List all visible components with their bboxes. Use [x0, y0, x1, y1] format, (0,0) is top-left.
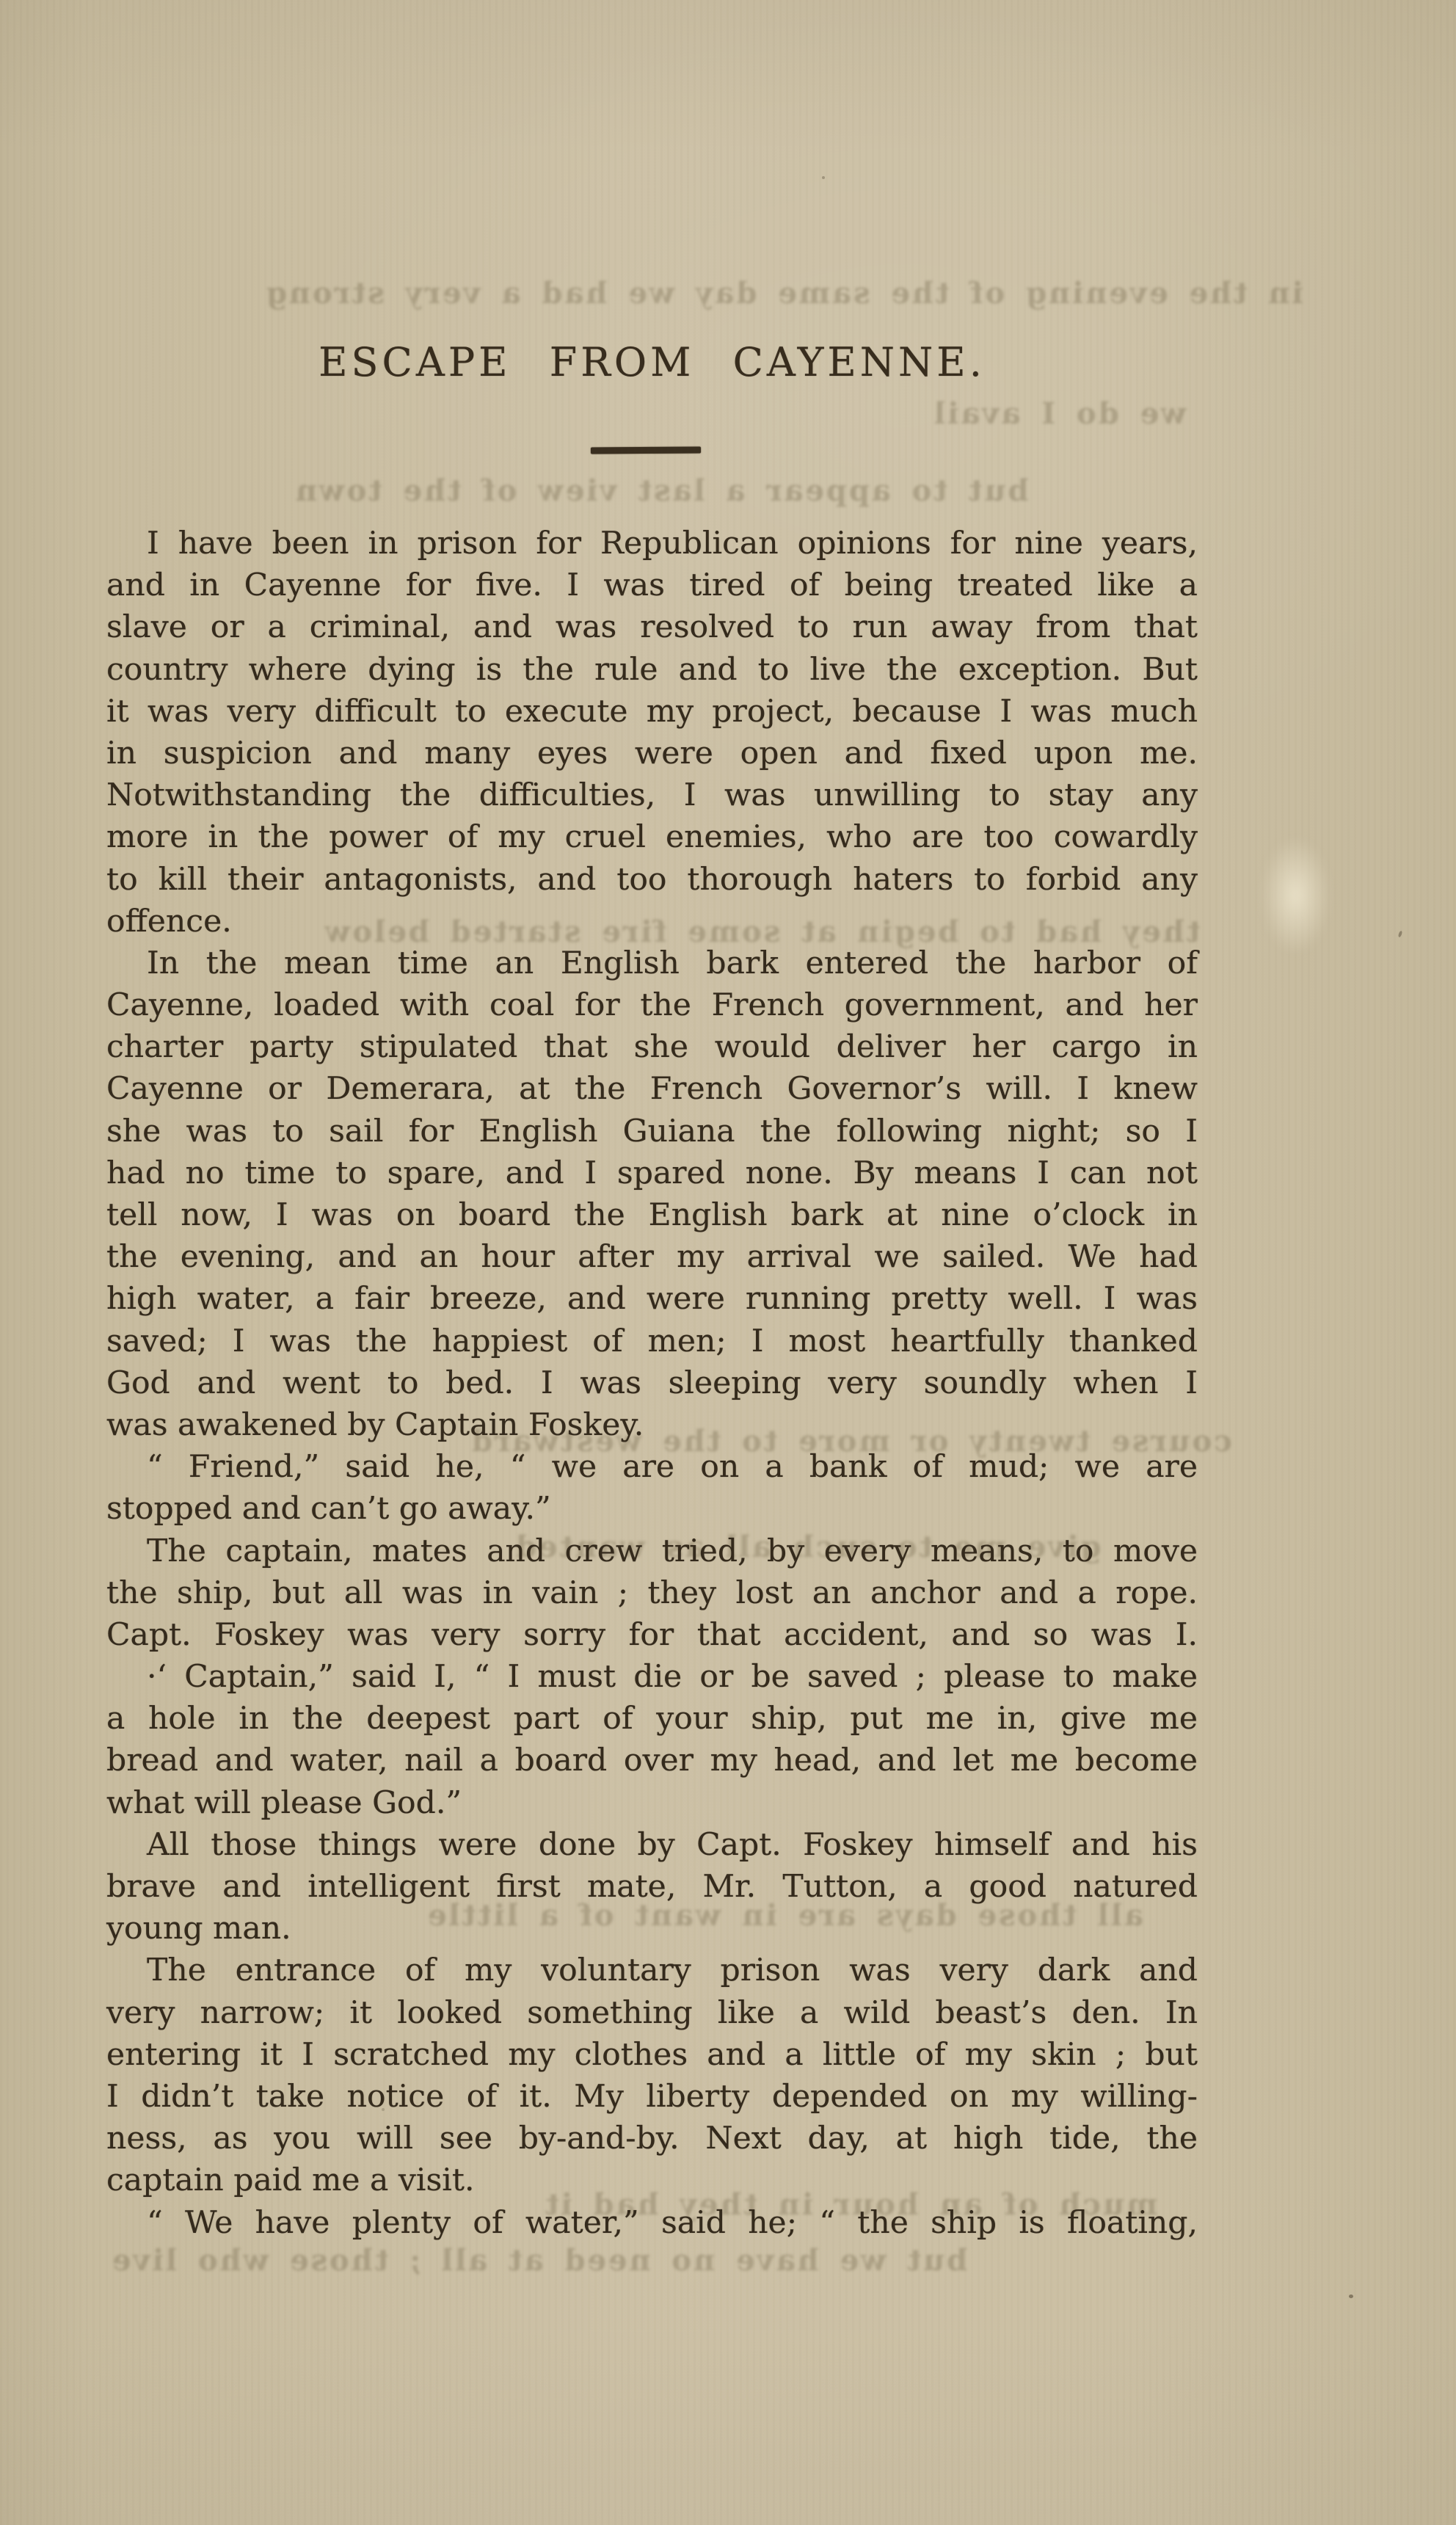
- paper-blotch: [1261, 837, 1331, 954]
- text-line-9: to kill their antagonists, and too thoro…: [106, 859, 1198, 901]
- paper-speck: [1349, 2295, 1353, 2298]
- text-line-40: captain paid me a visit.: [106, 2159, 1198, 2201]
- text-line-8: more in the power of my cruel enemies, w…: [106, 816, 1198, 858]
- text-line-31: what will please God.”: [106, 1782, 1198, 1824]
- text-line-28: ·‘ Captain,” said I, “ I must die or be …: [106, 1656, 1198, 1698]
- text-line-16: had no time to spare, and I spared none.…: [106, 1152, 1198, 1194]
- text-line-6: in suspicion and many eyes were open and…: [106, 733, 1198, 774]
- text-line-7: Notwithstanding the difficulties, I was …: [106, 774, 1198, 816]
- text-line-20: saved; I was the happiest of men; I most…: [106, 1320, 1198, 1362]
- page-title: ESCAPE FROM CAYENNE.: [106, 339, 1198, 385]
- body-text: I have been in prison for Republican opi…: [106, 523, 1198, 2244]
- text-line-23: “ Friend,” said he, “ we are on a bank o…: [106, 1446, 1198, 1488]
- paper-speck: [1398, 931, 1403, 938]
- text-line-38: I didn’t take notice of it. My liberty d…: [106, 2076, 1198, 2118]
- text-line-1: I have been in prison for Republican opi…: [106, 523, 1198, 564]
- text-line-34: young man.: [106, 1908, 1198, 1950]
- text-line-11: In the mean time an English bark entered…: [106, 942, 1198, 984]
- text-line-30: bread and water, nail a board over my he…: [106, 1740, 1198, 1781]
- text-line-15: she was to sail for English Guiana the f…: [106, 1111, 1198, 1152]
- text-line-41: “ We have plenty of water,” said he; “ t…: [106, 2202, 1198, 2244]
- text-column: ESCAPE FROM CAYENNE. I have been in pris…: [106, 0, 1198, 2525]
- text-line-27: Capt. Foskey was very sorry for that acc…: [106, 1614, 1198, 1656]
- text-line-32: All those things were done by Capt. Fosk…: [106, 1824, 1198, 1866]
- text-line-25: The captain, mates and crew tried, by ev…: [106, 1530, 1198, 1572]
- text-line-5: it was very difficult to execute my proj…: [106, 691, 1198, 733]
- text-line-13: charter party stipulated that she would …: [106, 1026, 1198, 1068]
- text-line-3: slave or a criminal, and was resolved to…: [106, 606, 1198, 648]
- text-line-37: entering it I scratched my clothes and a…: [106, 2034, 1198, 2076]
- text-line-2: and in Cayenne for five. I was tired of …: [106, 564, 1198, 606]
- text-line-26: the ship, but all was in vain ; they los…: [106, 1572, 1198, 1614]
- text-line-39: ness, as you will see by-and-by. Next da…: [106, 2118, 1198, 2159]
- text-line-4: country where dying is the rule and to l…: [106, 649, 1198, 691]
- text-line-17: tell now, I was on board the English bar…: [106, 1194, 1198, 1236]
- scanned-book-page: in the evening of the same day we had a …: [0, 0, 1456, 2525]
- text-line-24: stopped and can’t go away.”: [106, 1488, 1198, 1530]
- text-line-33: brave and intelligent first mate, Mr. Tu…: [106, 1866, 1198, 1908]
- text-line-21: God and went to bed. I was sleeping very…: [106, 1362, 1198, 1404]
- text-line-36: very narrow; it looked something like a …: [106, 1992, 1198, 2034]
- text-line-29: a hole in the deepest part of your ship,…: [106, 1698, 1198, 1740]
- text-line-35: The entrance of my voluntary prison was …: [106, 1950, 1198, 1991]
- text-line-10: offence.: [106, 901, 1198, 942]
- title-divider-rule: [590, 446, 700, 454]
- text-line-22: was awakened by Captain Foskey.: [106, 1404, 1198, 1446]
- text-line-19: high water, a fair breeze, and were runn…: [106, 1278, 1198, 1320]
- text-line-12: Cayenne, loaded with coal for the French…: [106, 984, 1198, 1026]
- text-line-14: Cayenne or Demerara, at the French Gover…: [106, 1068, 1198, 1110]
- text-line-18: the evening, and an hour after my arriva…: [106, 1236, 1198, 1278]
